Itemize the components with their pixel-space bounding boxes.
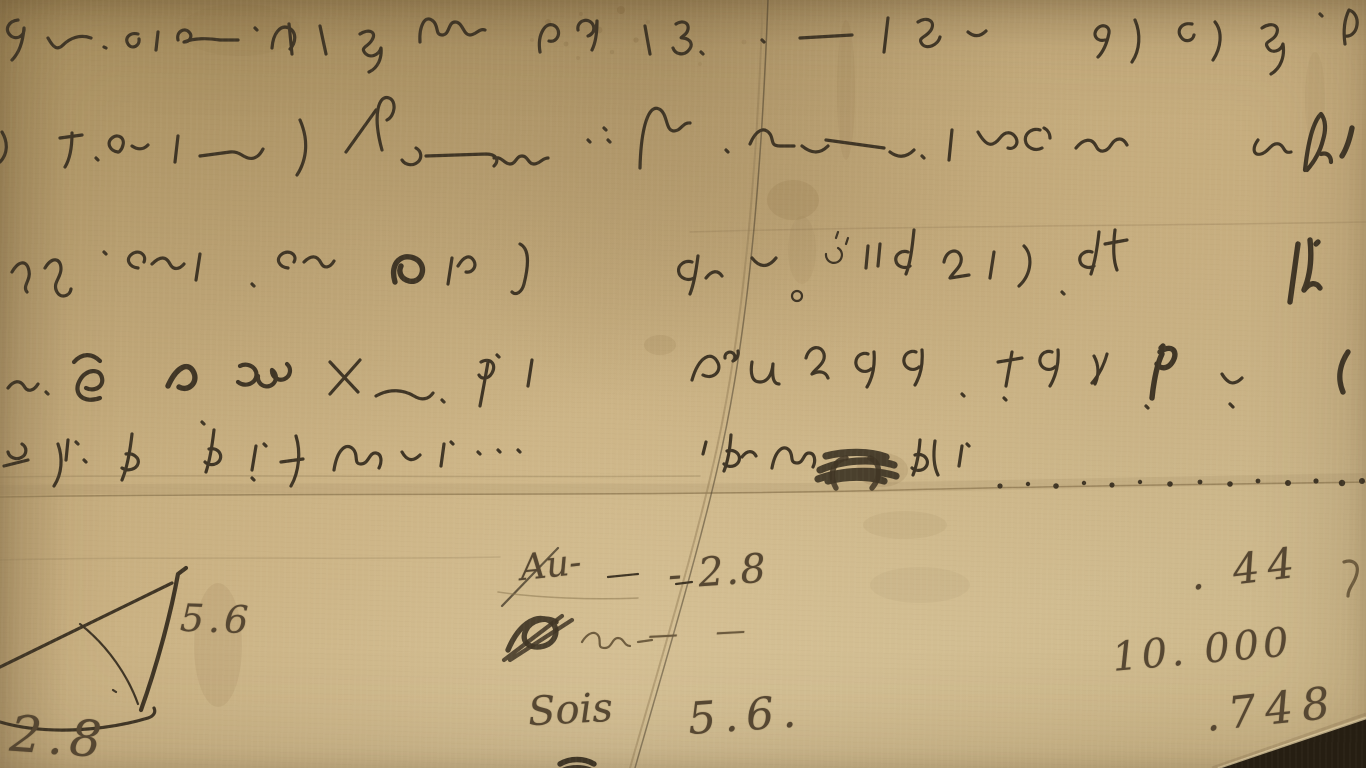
note-sois-value: 5.6.	[687, 690, 806, 742]
figure-label-hypotenuse: 5.6	[179, 599, 253, 640]
note-au-label: Au-	[518, 545, 583, 587]
note-sois-label: Sois	[527, 688, 614, 732]
note-scratched-dashes: — —	[647, 615, 760, 651]
paper-stains	[180, 4, 1325, 707]
note-au-value: - 2.8	[667, 549, 769, 596]
figure-label-base: 2.8	[8, 709, 109, 766]
shorthand-row-3	[12, 230, 1320, 302]
shorthand-row-2	[0, 97, 1352, 175]
manuscript-page: 5.6 2.8 Au- - 2.8 — — Sois 5.6. . 44 10.…	[0, 0, 1366, 768]
shorthand-row-4	[8, 346, 1348, 408]
